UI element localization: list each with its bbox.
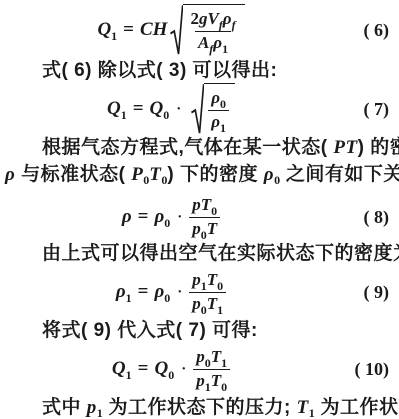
- fraction-numerator: p1T0: [189, 269, 226, 292]
- para-line-3: 由上式可以得出空气在实际状态下的密度为:: [5, 240, 399, 267]
- math-sub: 0: [220, 97, 226, 111]
- math-var: ρ0: [154, 281, 170, 304]
- math-coefficient: CH: [140, 19, 167, 41]
- math-var-base: p: [192, 219, 201, 238]
- text-segment: 与标准状态(: [15, 164, 131, 185]
- square-root: ρ0 ρ1: [191, 83, 235, 135]
- text-segment: 式( 6) 除以式( 3) 可以得出:: [42, 60, 277, 81]
- radicand: 2gVfρf Afρ1: [183, 4, 244, 56]
- math-var-inline: ρ: [5, 164, 15, 185]
- fraction-denominator: p1T0: [193, 369, 230, 393]
- math-var-base: ρ: [213, 33, 222, 52]
- math-sub: 0: [164, 216, 170, 230]
- math-var: Q1: [97, 19, 117, 42]
- math-sub: 1: [126, 291, 132, 305]
- math-var-base: A: [198, 33, 209, 52]
- math-var-base: p: [192, 294, 201, 313]
- fraction: pT0 p0T: [189, 194, 220, 241]
- equals-sign: =: [138, 358, 149, 380]
- equation-8: ρ = ρ0 · pT0 p0T: [5, 194, 337, 241]
- equals-sign: =: [138, 206, 149, 228]
- para-line-4: 将式( 9) 代入式( 7) 可得:: [5, 317, 399, 344]
- multiplication-dot: ·: [177, 284, 182, 301]
- equation-number-8: ( 8): [337, 207, 399, 228]
- text-segment: 为工作状态下: [315, 397, 399, 418]
- radical-icon: [191, 83, 204, 135]
- math-var-inline: T: [149, 164, 161, 185]
- math-var-base: ρ: [211, 112, 220, 131]
- math-var-base: ρ: [116, 281, 126, 302]
- text-segment: 由上式可以得出空气在实际状态下的密度为:: [42, 243, 399, 264]
- math-var-inline: p: [87, 397, 97, 418]
- fraction-denominator: p0T: [189, 217, 220, 241]
- math-var: ρ1: [116, 281, 132, 304]
- fraction: 2gVfρf Afρ1: [187, 8, 238, 55]
- math-var: Q1: [107, 98, 127, 121]
- math-var: Q0: [154, 358, 174, 381]
- text-segment: ) 下的密度: [167, 164, 263, 185]
- math-sub: 0: [211, 204, 217, 218]
- math-sub: 0: [164, 291, 170, 305]
- math-var-inline: T: [297, 397, 309, 418]
- math-var-base: ρ: [211, 88, 220, 107]
- equation-number-9: ( 9): [337, 282, 399, 303]
- equation-row-9: ρ1 = ρ0 · p1T0 p0T1 ( 9): [5, 267, 399, 317]
- fraction-denominator: Afρ1: [195, 31, 231, 55]
- math-var-inline: ρ: [264, 164, 274, 185]
- math-sub: 1: [217, 303, 223, 317]
- equation-number-7: ( 7): [337, 99, 399, 120]
- math-sub: 1: [221, 356, 227, 370]
- para-gas-law-line1: 根据气态方程式,气体在某一状态( PT) 的密度: [5, 134, 399, 161]
- text-segment: ) 的密度: [358, 137, 399, 158]
- math-var-base: p: [192, 195, 201, 214]
- math-sub: 1: [111, 29, 117, 43]
- fraction: p0T1 p1T0: [193, 346, 230, 393]
- math-var-base: T: [211, 347, 221, 366]
- equation-7: Q1 = Q0 · ρ0 ρ1: [5, 83, 337, 135]
- radicand: ρ0 ρ1: [204, 83, 235, 135]
- math-var-base: Q: [154, 358, 168, 379]
- math-sub: 0: [217, 279, 223, 293]
- math-var: Q1: [112, 358, 132, 381]
- math-sub: 1: [126, 368, 132, 382]
- equation-9: ρ1 = ρ0 · p1T0 p0T1: [5, 269, 337, 316]
- fraction-denominator: p0T1: [189, 292, 226, 316]
- para-line-1: 式( 6) 除以式( 3) 可以得出:: [5, 57, 399, 84]
- math-sub: 0: [221, 380, 227, 394]
- fraction-numerator: pT0: [189, 194, 220, 217]
- equals-sign: =: [123, 19, 134, 41]
- math-var-base: p: [196, 347, 205, 366]
- math-const: 2: [190, 9, 199, 28]
- math-var-base: p: [192, 270, 201, 289]
- text-segment: 之间有如下关系:: [280, 164, 399, 185]
- multiplication-dot: ·: [177, 209, 182, 226]
- fraction: ρ0 ρ1: [208, 87, 229, 134]
- fraction-numerator: 2gVfρf: [187, 8, 238, 31]
- math-var: Q0: [150, 98, 170, 121]
- math-var-base: T: [211, 371, 221, 390]
- fraction: p1T0 p0T1: [189, 269, 226, 316]
- fraction-numerator: ρ0: [208, 87, 229, 110]
- paper-page: Q1 = CH 2gVfρf Afρ1 ( 6) 式( 6) 除以式( 3) 可…: [0, 0, 399, 419]
- fraction-numerator: p0T1: [193, 346, 230, 369]
- equation-row-8: ρ = ρ0 · pT0 p0T ( 8): [5, 194, 399, 240]
- math-sub: 0: [163, 108, 169, 122]
- equals-sign: =: [138, 281, 149, 303]
- multiplication-dot: ·: [181, 361, 186, 378]
- math-var-base: T: [207, 270, 217, 289]
- math-var-inline: PT: [333, 137, 357, 158]
- text-segment: 根据气态方程式,气体在某一状态(: [42, 137, 333, 158]
- math-var-base: Q: [150, 98, 164, 119]
- math-var-base: Q: [107, 98, 121, 119]
- math-var-base: Q: [112, 358, 126, 379]
- square-root: 2gVfρf Afρ1: [170, 4, 244, 56]
- fraction-denominator: ρ1: [208, 110, 229, 134]
- math-sub: 0: [168, 368, 174, 382]
- math-var-base: ρ: [154, 281, 164, 302]
- math-var-base: p: [196, 371, 205, 390]
- math-sub: f: [232, 18, 236, 32]
- equation-row-10: Q1 = Q0 · p0T1 p1T0 ( 10): [5, 344, 399, 394]
- equation-row-7: Q1 = Q0 · ρ0 ρ1 ( 7): [5, 84, 399, 134]
- para-gas-law-line2: ρ 与标准状态( P0T0) 下的密度 ρ0 之间有如下关系:: [5, 161, 399, 194]
- equation-row-6: Q1 = CH 2gVfρf Afρ1 ( 6): [5, 3, 399, 57]
- math-sub: 1: [121, 108, 127, 122]
- text-segment: 为工作状态下的压力;: [103, 397, 297, 418]
- math-var-base: T: [207, 219, 217, 238]
- math-var-base: ρ: [154, 206, 164, 227]
- equation-6: Q1 = CH 2gVfρf Afρ1: [5, 4, 337, 56]
- equals-sign: =: [133, 98, 144, 120]
- text-segment: 式中: [42, 397, 87, 418]
- math-var-base: ρ: [223, 9, 232, 28]
- radical-icon: [170, 4, 183, 56]
- math-var-inline: P: [131, 164, 143, 185]
- math-var-base: Q: [97, 19, 111, 40]
- multiplication-dot: ·: [176, 101, 181, 118]
- equation-number-10: ( 10): [337, 359, 399, 380]
- math-var-base: V: [207, 9, 218, 28]
- para-line-5: 式中 p1 为工作状态下的压力; T1 为工作状态下: [5, 394, 399, 419]
- math-var-base: ρ: [122, 206, 132, 228]
- equation-number-6: ( 6): [337, 20, 399, 41]
- math-var-base: T: [201, 195, 211, 214]
- equation-10: Q1 = Q0 · p0T1 p1T0: [5, 346, 337, 393]
- math-var: ρ0: [154, 206, 170, 229]
- math-sub: 1: [220, 121, 226, 135]
- math-sub: 1: [222, 42, 228, 56]
- math-var-base: T: [207, 294, 217, 313]
- text-segment: 将式( 9) 代入式( 7) 可得:: [42, 320, 258, 341]
